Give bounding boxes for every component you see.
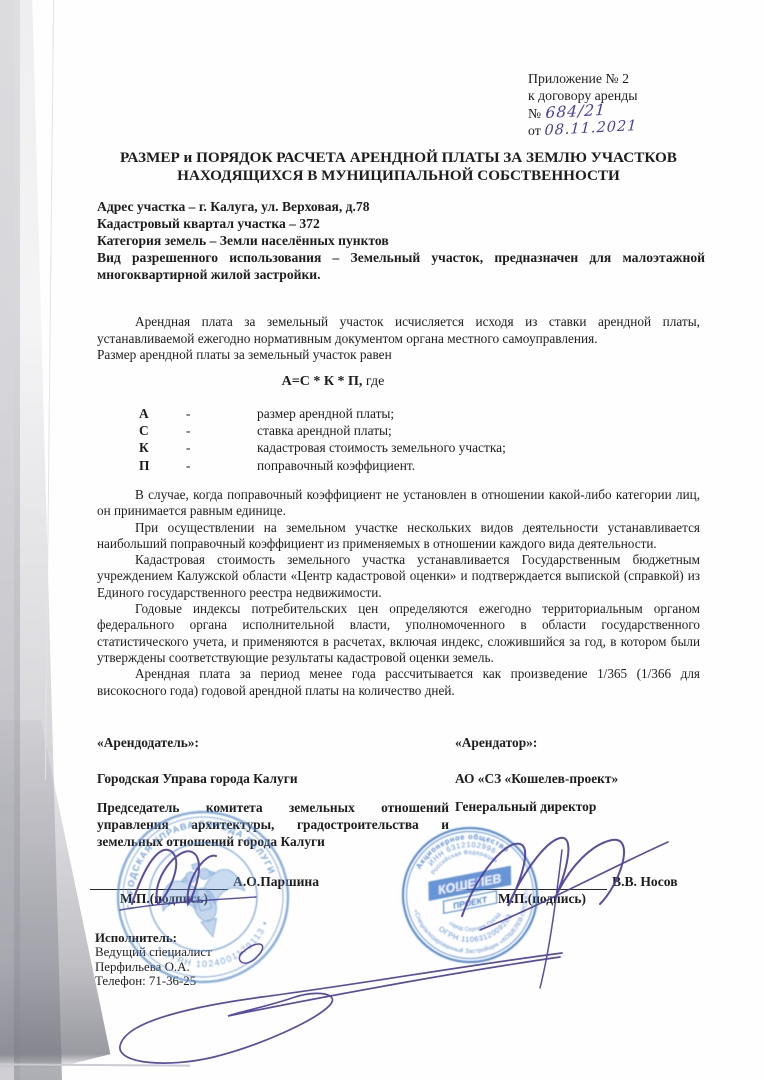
lessee-ink-signature (462, 838, 668, 988)
scanned-document-page: Приложение № 2 к договору аренды № 684/2… (0, 0, 764, 1080)
koshelev-logo: КОШЕЛЕВ ПРОЕКТ (428, 866, 511, 917)
stamps-and-signatures-overlay: ГОРОДСКАЯ УПРАВА ГОРОДА КАЛУГИ • ОГРН 10… (0, 0, 764, 1080)
lessor-round-stamp: ГОРОДСКАЯ УПРАВА ГОРОДА КАЛУГИ • ОГРН 10… (100, 794, 306, 1000)
